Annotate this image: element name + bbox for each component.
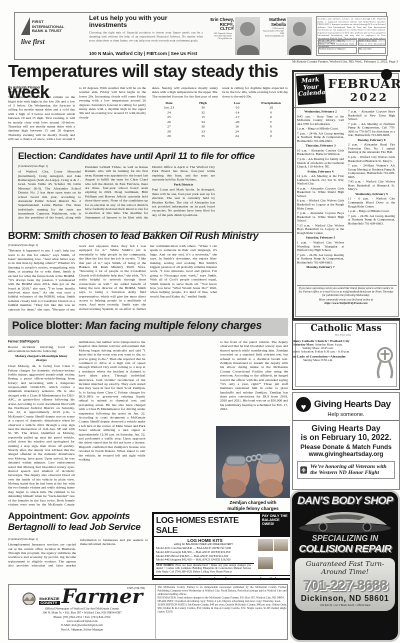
advisor2-photo bbox=[287, 17, 312, 55]
bank-logo-line3: BANK & TRUST bbox=[32, 29, 64, 34]
log-homes-badge: PAY ONLY THE BALANCE OWED! bbox=[260, 514, 290, 536]
masthead-fine1: The McKenzie County Farmer is an indepen… bbox=[158, 586, 287, 596]
honor-flight-logo-icon bbox=[300, 463, 307, 477]
police-col1: Chad Moberg, 44, is facing four Class C … bbox=[8, 364, 75, 460]
calendar-item: 7 p.m. - Alexander Coyotes Boys Basketba… bbox=[348, 110, 395, 121]
bank-ad-disclosures: Securities and advisory services are off… bbox=[316, 16, 388, 56]
moberg-subhead: Moberg charged with multiple felony char… bbox=[10, 355, 73, 363]
pushpin-icon bbox=[381, 69, 392, 80]
borm-continued: (Continued from Page 1) bbox=[8, 244, 75, 248]
newspaper-page: FIRST INTERNATIONAL BANK & TRUST live fi… bbox=[0, 0, 400, 643]
calendar-item: 7 p.m. - 24-Hr. AA Group meeting at Nort… bbox=[297, 253, 344, 264]
calendar-events: Wednesday, February 2 9:45 a.m. - Story … bbox=[297, 110, 395, 274]
police-intro: Recent incidents involving local law enf… bbox=[8, 345, 75, 353]
advisor2-name: Matthew Sebolla bbox=[262, 18, 286, 27]
catholic-pastor: Rev. Peter Gray bbox=[293, 334, 393, 337]
police-headline: Police blotter: Man facing multiple felo… bbox=[12, 320, 284, 332]
catholic-mass4: Sunday Mass: 8:30 a.m. bbox=[293, 358, 363, 362]
disc-box-4: May Lose Value bbox=[359, 48, 379, 50]
ribbon-cross-icon bbox=[374, 345, 396, 379]
usps-number: USPS (336-780) bbox=[121, 587, 151, 590]
masthead-editor: Neal A. Shipman, Editor-Manager bbox=[9, 628, 155, 632]
police-col4: to the front of the patrol vehicle. The … bbox=[220, 340, 288, 424]
weather-table: DateHigh LowPrecipitation Jan. 2330 -10.… bbox=[152, 101, 288, 143]
catholic-mass-ad: Catholic Mass Rev. Peter Gray Epiphany C… bbox=[292, 320, 400, 390]
calendar-item: 2 p.m. - Alexander Rural Fire Protection… bbox=[348, 143, 395, 154]
calendar-item: 4 p.m. - Alexander Coyotes Girls Basketb… bbox=[297, 187, 344, 198]
giving-hearts-logo: ♥ 10 bbox=[296, 397, 311, 412]
catholic-church1: Epiphany Catholic Church • Watford City bbox=[293, 339, 363, 343]
disc-box-1: Not Insured by FDIC or Any Other Governm… bbox=[319, 40, 349, 44]
bank-ad-body: Choosing the right mix of financial prod… bbox=[89, 31, 203, 43]
election-col1: of Watford City, Corey Mencshel (incumbe… bbox=[18, 170, 81, 208]
log-homes-ad: LOG HOMES ESTATE SALE PAY ONLY THE BALAN… bbox=[152, 512, 292, 580]
bank-logo: FIRST INTERNATIONAL BANK & TRUST live fi… bbox=[15, 13, 87, 59]
calendar-item: 6 p.m. - Watford City Wolves Girls Baske… bbox=[348, 156, 395, 164]
giving-help-line: Help someone. bbox=[293, 412, 399, 421]
disc-box-2: Not Bank Guaranteed bbox=[359, 40, 379, 42]
police-byline: Farmer Staff Reports bbox=[8, 340, 75, 344]
log-homes-website: www.americanloghomesandcabins.com bbox=[162, 576, 292, 580]
borm-headline: BORM: Smith chosen to lead Bakken Oil Ru… bbox=[8, 231, 288, 242]
giving-url: www.givingheartsday.org bbox=[293, 451, 399, 458]
bank-logo-icon bbox=[21, 17, 30, 35]
advisor1-details: LPL Financial Advisor (701) 842-2383 Ban… bbox=[210, 32, 232, 40]
giving-donate-line: Please Donate & Match Funds bbox=[293, 444, 399, 451]
log-homes-title: LOG HOMES ESTATE SALE bbox=[154, 514, 260, 536]
advisor1-name: Erin Chewy, RICP®, CLTC® bbox=[210, 18, 234, 32]
catholic-mass2: Sunday Mass: 10:45 a.m. bbox=[293, 346, 363, 350]
bank-ad: FIRST INTERNATIONAL BANK & TRUST live fi… bbox=[14, 12, 387, 60]
police-col3: Scott Zemljan, Jr. is facing three Class… bbox=[79, 386, 146, 461]
dans-tagline: Guaranteed Fast Turn-Around Time! bbox=[296, 560, 394, 576]
bank-tagline: live first bbox=[21, 38, 85, 46]
appointment-headline: Appointment: Gov. appoints Bertagnolli t… bbox=[8, 512, 148, 534]
calendar-item: Wednesday, February 2 bbox=[297, 110, 344, 114]
weather-table-row: 2935 240 bbox=[152, 134, 288, 139]
weather-text-left: Temperatures this week will remain on th… bbox=[8, 86, 146, 141]
calendar-item: 7 p.m. - AA Meeting for family and frien… bbox=[297, 158, 344, 169]
catholic-title: Catholic Mass bbox=[293, 324, 399, 334]
weather-byline-title: Farmer Staff Writer bbox=[8, 90, 75, 94]
catholic-mass3: Eucharistic Adoration: Friday 9:30 a.m. … bbox=[293, 350, 363, 354]
handcuffs-photo bbox=[216, 426, 290, 498]
disc-box-3: Not Bank Deposits or Obligations bbox=[319, 48, 349, 50]
giving-main2: is on February 10, 2022. bbox=[293, 433, 399, 442]
appointment-continued: (Continued from Page 1) bbox=[8, 538, 76, 542]
log-homes-photos bbox=[256, 537, 290, 575]
weather-article: By Ashleigh Plemper Farmer Staff Writer … bbox=[8, 86, 288, 143]
giving-hearts-ad: ♥ 10 Giving Hearts Day Help someone. Giv… bbox=[292, 392, 400, 490]
park-districts-subhead: Park Districts bbox=[152, 183, 215, 187]
calendar-footer-url: https://www.WatfordCityEvents.com bbox=[297, 302, 395, 305]
calendar-item: 7 p.m. - 24-Hr. AA Group meeting at Nort… bbox=[348, 214, 395, 225]
dans-name: DAN’S BODY SHOP bbox=[292, 495, 398, 507]
calendar-item: 12 p.m. - AA Meeting at the First Luther… bbox=[297, 175, 344, 186]
dans-body-shop-ad: DAN’S BODY SHOP SPECIALIZING IN COLLISIO… bbox=[292, 492, 398, 640]
calendar-item: 7:45 p.m. - Watford City Wolves Boys Bas… bbox=[348, 180, 395, 191]
calendar-footer-note: If you have upcoming events you would li… bbox=[297, 287, 395, 297]
masthead-box: USPS (336-780) McKENZIE COUNTY Farmer Of… bbox=[8, 584, 288, 640]
mark-your-calendars-logo: Mark YourCalendars! bbox=[296, 74, 326, 105]
calendar-footer-note2: More community events can be found onlin… bbox=[319, 298, 373, 301]
election-article: Election: Candidates have until April 11… bbox=[12, 147, 298, 233]
dans-city: Dickinson, ND 58601 bbox=[296, 594, 394, 603]
calendar-box: Mark YourCalendars! FEBRUARY 2022 Wednes… bbox=[292, 70, 400, 320]
calendar-item: Saturday, February 5 bbox=[297, 236, 344, 240]
borm-col1: “Because it happened to me, I can’t help… bbox=[8, 249, 75, 291]
election-continued: (Continued from Page 1) bbox=[18, 165, 81, 169]
dans-fine-print: I-94 Exit 61 • Go 1 Block South • 1 Bloc… bbox=[296, 604, 394, 607]
dans-line2: COLLISION REPAIR bbox=[292, 543, 398, 555]
borm-article: BORM: Smith chosen to lead Bakken Oil Ru… bbox=[8, 231, 288, 314]
weather-table-body: Jan. 2330 -10.02 2432 -140 2515 -170 bbox=[152, 106, 288, 139]
calendar-item: 1 p.m. - Bingo at Hillside Court. bbox=[348, 210, 395, 214]
bank-ad-contact: 100 N Main, Watford City | FIBT.com | Se… bbox=[89, 51, 203, 56]
calendar-item: Tuesday, February 8 bbox=[348, 138, 395, 142]
log-homes-model4: Model #403 Augusta $42,450 — BALANCE OWE… bbox=[156, 559, 251, 563]
catholic-mass1: Saturday Mass: 6 p.m. bbox=[315, 343, 343, 347]
calendar-item: 6 p.m. - Watford City Wolves Girls Baske… bbox=[297, 199, 344, 210]
advisor2-details: LPL Financial Representative (701) 842-2… bbox=[262, 27, 284, 37]
masthead-fine4: SUBSCRIPTION RATES: McKenzie County, $40… bbox=[158, 603, 287, 613]
calendar-item: 1 p.m. - Watford City Wolves Wrestling h… bbox=[297, 241, 344, 252]
giving-main1: Giving Hearts Day bbox=[293, 424, 399, 433]
election-col4: Paul Carus and Mark Spolts. In Arnegard,… bbox=[152, 188, 215, 217]
election-headline: Election: Candidates have until April 11… bbox=[18, 151, 292, 162]
giving-logo-number: 10 bbox=[296, 400, 311, 405]
calendar-item: Thursday, February 3 bbox=[297, 144, 344, 148]
equal-housing-icon: ⌂ bbox=[154, 577, 162, 581]
calendar-item: 7 p.m. - 24-Hour Women’s AA Group Meetin… bbox=[348, 164, 395, 179]
masthead-county-bottom: COUNTY bbox=[39, 601, 59, 605]
calendar-item: 7:15 p.m. - Watford City Wolves Boys Bas… bbox=[297, 224, 344, 235]
handcuffs-illustration bbox=[216, 426, 290, 498]
giving-brand: Giving Hearts Day bbox=[314, 399, 391, 410]
dans-phone: 701-227-8688 bbox=[296, 578, 394, 594]
calendar-item: 9:45 a.m. - Story Time at the McKenzie C… bbox=[297, 115, 344, 126]
calendar-item: 11 - 6 p.m. - Watford City Community Blo… bbox=[348, 197, 395, 208]
bank-ad-headline: Let us help you with your investments bbox=[89, 16, 207, 30]
appointment-article: Appointment: Gov. appoints Bertagnolli t… bbox=[8, 512, 148, 574]
calendar-item: 7 p.m. - Alexander Coyotes Boys Basketba… bbox=[297, 212, 344, 223]
dans-line1: SPECIALIZING IN bbox=[292, 534, 398, 543]
advisor1-photo bbox=[235, 17, 260, 55]
calendar-item: Monday, February 7 bbox=[297, 266, 344, 270]
catholic-church2: Our Lady of Consolation • Alexander bbox=[293, 354, 363, 358]
calendar-year: 2022 bbox=[328, 91, 400, 104]
police-article: Farmer Staff Reports Recent incidents in… bbox=[8, 340, 288, 510]
calendar-item: 7 p.m. - 24-Hr. AA Group meeting at Nort… bbox=[297, 132, 344, 143]
calendar-item: 1 p.m. - Bingo at Hillside Court. bbox=[297, 127, 344, 131]
page-header-line: McKenzie County Farmer, Watford City, ND… bbox=[288, 60, 398, 64]
police-headline-band: Police blotter: Man facing multiple felo… bbox=[8, 318, 288, 336]
car-illustration bbox=[295, 508, 395, 534]
calendar-item: 10 a.m. - Alexander Coyotes Girls Basket… bbox=[297, 149, 344, 157]
farmer-logo-icon bbox=[21, 591, 37, 605]
calendar-item: Wednesday, February 9 bbox=[348, 192, 395, 196]
calendar-item: 7 p.m. - AA Meeting at Northern Pump & C… bbox=[348, 122, 395, 137]
giving-veterans-note: We’re honoring all Veterans with the Wes… bbox=[310, 464, 392, 477]
calendar-item: Friday, February 4 bbox=[297, 170, 344, 174]
photo-caption: Zemljan charged withmultiple felony char… bbox=[216, 500, 290, 511]
borm-col4: their own language, it’s huge. And on my… bbox=[150, 248, 217, 298]
log-homes-subtitle2: selling for BALANCE OWED with FREE DELIV… bbox=[156, 543, 251, 546]
